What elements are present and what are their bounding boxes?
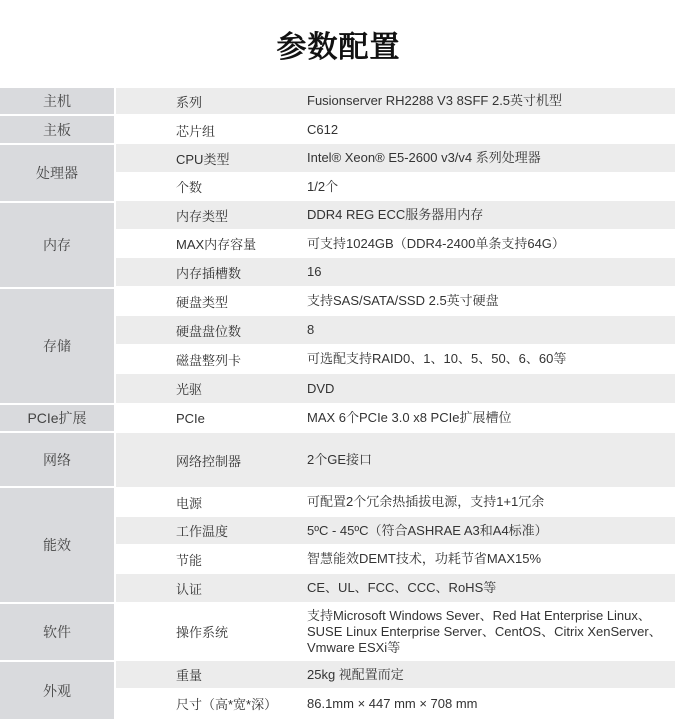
spec-key: 重量 — [176, 665, 202, 684]
spec-key: 认证 — [176, 579, 202, 598]
group-label: 主机 — [0, 88, 114, 114]
group-label: 能效 — [0, 488, 114, 602]
spec-key: 内存类型 — [176, 206, 228, 225]
spec-row: CPU类型 Intel® Xeon® E5-2600 v3/v4 系列处理器 — [116, 144, 675, 172]
spec-row: 操作系统 支持Microsoft Windows Sever、Red Hat E… — [116, 602, 675, 661]
spec-key: CPU类型 — [176, 149, 229, 168]
spec-row: 硬盘类型 支持SAS/SATA/SSD 2.5英寸硬盘 — [116, 286, 675, 316]
spec-row: 电源 可配置2个冗余热插拔电源，支持1+1冗余 — [116, 487, 675, 517]
spec-value: 16 — [307, 264, 667, 280]
spec-row: 光驱 DVD — [116, 374, 675, 403]
spec-key: 芯片组 — [176, 121, 215, 140]
spec-value: 可选配支持RAID0、1、10、5、50、6、60等 — [307, 351, 667, 367]
spec-row: 磁盘整列卡 可选配支持RAID0、1、10、5、50、6、60等 — [116, 344, 675, 374]
spec-key: 节能 — [176, 550, 202, 569]
spec-value: 1/2个 — [307, 179, 667, 195]
spec-value: C612 — [307, 122, 667, 138]
spec-value: 支持Microsoft Windows Sever、Red Hat Enterp… — [307, 608, 667, 656]
spec-key: PCIe — [176, 411, 205, 426]
spec-key: 磁盘整列卡 — [176, 350, 241, 369]
spec-value: MAX 6个PCIe 3.0 x8 PCIe扩展槽位 — [307, 410, 667, 426]
spec-row: 尺寸（高*宽*深） 86.1mm × 447 mm × 708 mm — [116, 688, 675, 719]
group-label: 外观 — [0, 662, 114, 719]
spec-row: 节能 智慧能效DEMT技术，功耗节省MAX15% — [116, 544, 675, 574]
spec-row: 个数 1/2个 — [116, 172, 675, 201]
spec-key: 工作温度 — [176, 521, 228, 540]
spec-row: 重量 25kg 视配置而定 — [116, 661, 675, 688]
spec-row: 芯片组 C612 — [116, 116, 675, 144]
group-label: 处理器 — [0, 145, 114, 201]
spec-value: 可支持1024GB（DDR4-2400单条支持64G） — [307, 236, 667, 252]
spec-row: PCIe MAX 6个PCIe 3.0 x8 PCIe扩展槽位 — [116, 403, 675, 433]
spec-value: 智慧能效DEMT技术，功耗节省MAX15% — [307, 551, 667, 567]
spec-row: 内存插槽数 16 — [116, 258, 675, 286]
spec-value: 支持SAS/SATA/SSD 2.5英寸硬盘 — [307, 293, 667, 309]
spec-value: DDR4 REG ECC服务器用内存 — [307, 207, 667, 223]
spec-row: 网络控制器 2个GE接口 — [116, 433, 675, 487]
spec-key: 尺寸（高*宽*深） — [176, 694, 277, 713]
spec-row: 工作温度 5ºC - 45ºC（符合ASHRAE A3和A4标准） — [116, 517, 675, 544]
spec-row: 内存类型 DDR4 REG ECC服务器用内存 — [116, 201, 675, 229]
spec-key: 操作系统 — [176, 622, 228, 641]
spec-key: 光驱 — [176, 379, 202, 398]
spec-value: 5ºC - 45ºC（符合ASHRAE A3和A4标准） — [307, 523, 667, 539]
spec-row: 硬盘盘位数 8 — [116, 316, 675, 344]
spec-key: 硬盘盘位数 — [176, 321, 241, 340]
spec-row: 系列 Fusionserver RH2288 V3 8SFF 2.5英寸机型 — [116, 88, 675, 114]
spec-key: 网络控制器 — [176, 451, 241, 470]
spec-key: 电源 — [176, 493, 202, 512]
spec-value: 可配置2个冗余热插拔电源，支持1+1冗余 — [307, 494, 667, 510]
spec-value: 2个GE接口 — [307, 452, 667, 468]
group-label: 主板 — [0, 116, 114, 143]
spec-key: 系列 — [176, 92, 202, 111]
spec-row: MAX内存容量 可支持1024GB（DDR4-2400单条支持64G） — [116, 229, 675, 258]
spec-value: DVD — [307, 381, 667, 397]
spec-value: CE、UL、FCC、CCC、RoHS等 — [307, 580, 667, 596]
spec-row: 认证 CE、UL、FCC、CCC、RoHS等 — [116, 574, 675, 602]
group-label: 网络 — [0, 433, 114, 486]
group-label: 内存 — [0, 203, 114, 287]
spec-key: 硬盘类型 — [176, 292, 228, 311]
spec-key: 内存插槽数 — [176, 263, 241, 282]
group-label: 存储 — [0, 289, 114, 403]
spec-value: 8 — [307, 322, 667, 338]
group-label: PCIe扩展 — [0, 405, 114, 431]
spec-key: MAX内存容量 — [176, 234, 256, 253]
spec-value: 25kg 视配置而定 — [307, 667, 667, 683]
spec-value: Intel® Xeon® E5-2600 v3/v4 系列处理器 — [307, 150, 667, 166]
spec-value: 86.1mm × 447 mm × 708 mm — [307, 696, 667, 712]
spec-key: 个数 — [176, 177, 202, 196]
spec-table: 主机 系列 Fusionserver RH2288 V3 8SFF 2.5英寸机… — [0, 0, 677, 719]
group-label: 软件 — [0, 604, 114, 660]
spec-value: Fusionserver RH2288 V3 8SFF 2.5英寸机型 — [307, 93, 667, 109]
